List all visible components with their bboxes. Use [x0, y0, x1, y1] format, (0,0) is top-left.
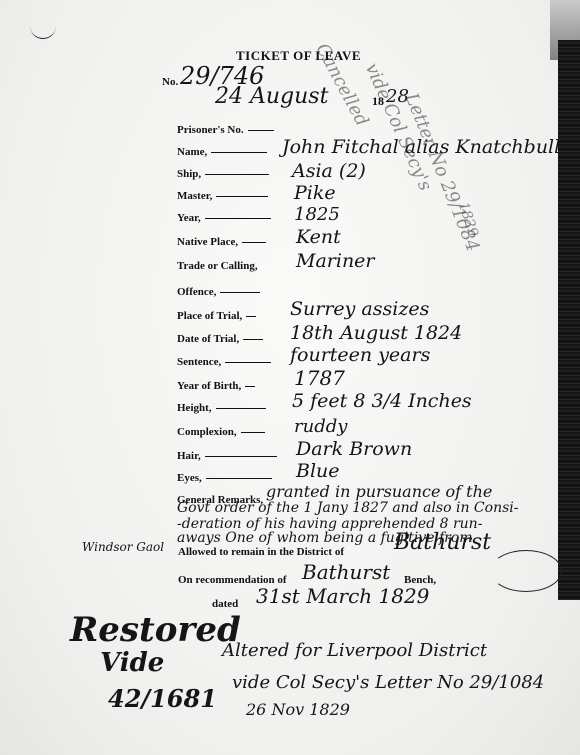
general-remarks-line: Govt order of the 1 Jany 1827 and also i… [177, 500, 518, 516]
field-value-master: Pike [294, 182, 336, 204]
binding-edge [558, 40, 580, 600]
field-value-place-of-trial: Surrey assizes [290, 298, 429, 320]
field-label-ship: Ship, [177, 168, 269, 180]
pencil-mark [30, 26, 56, 39]
field-label-eyes: Eyes, [177, 472, 272, 484]
field-label-place-of-trial: Place of Trial, [177, 310, 256, 322]
field-label-year: Year, [177, 212, 271, 224]
field-value-complexion: ruddy [294, 416, 347, 437]
ink-loop-mark [490, 550, 562, 592]
altered-line-1: Altered for Liverpool District [222, 640, 487, 661]
field-value-ship: Asia (2) [292, 160, 366, 182]
restored-vide: Vide [100, 648, 164, 678]
field-value-height: 5 feet 8 3/4 Inches [292, 390, 472, 412]
field-label-trade: Trade or Calling, [177, 260, 258, 272]
allowed-label: Allowed to remain in the District of [178, 546, 344, 558]
issue-date: 24 August [215, 84, 328, 109]
altered-date: 26 Nov 1829 [246, 700, 350, 719]
field-value-eyes: Blue [296, 460, 340, 482]
restored-reference: 42/1681 [108, 684, 217, 713]
field-value-year-of-birth: 1787 [294, 366, 345, 390]
field-value-date-of-trial: 18th August 1824 [290, 322, 462, 344]
general-remarks-line: granted in pursuance of the [266, 482, 492, 501]
field-label-hair: Hair, [177, 450, 277, 462]
field-label-offence: Offence, [177, 286, 260, 298]
field-label-complexion: Complexion, [177, 426, 265, 438]
field-value-hair: Dark Brown [296, 438, 412, 460]
field-label-master: Master, [177, 190, 268, 202]
field-label-prisoner-no: Prisoner's No. [177, 124, 274, 136]
ticket-of-leave-document: Cancelled vide Col Secy's Letter No 29/1… [0, 0, 580, 755]
field-label-year-of-birth: Year of Birth, [177, 380, 255, 392]
field-label-height: Height, [177, 402, 266, 414]
dated-label: dated [212, 598, 238, 610]
field-label-name: Name, [177, 146, 267, 158]
field-value-name: John Fitchal alias Knatchbull [282, 136, 560, 158]
year-suffix: 28 [386, 86, 409, 107]
year-prefix: 18 [372, 94, 384, 109]
field-value-year: 1825 [294, 204, 340, 225]
altered-line-2: vide Col Secy's Letter No 29/1084 [232, 672, 544, 693]
field-label-sentence: Sentence, [177, 356, 271, 368]
restored-annotation: Restored [70, 610, 241, 650]
field-value-trade: Mariner [296, 250, 375, 272]
number-label: No. [162, 76, 178, 88]
field-label-native-place: Native Place, [177, 236, 266, 248]
margin-note: Windsor Gaol [82, 540, 164, 554]
field-value-sentence: fourteen years [290, 344, 430, 366]
recommendation-value: Bathurst [302, 560, 390, 584]
allowed-district: Bathurst [394, 530, 491, 555]
field-label-date-of-trial: Date of Trial, [177, 333, 263, 345]
dated-value: 31st March 1829 [256, 584, 429, 608]
field-value-native-place: Kent [296, 226, 341, 248]
